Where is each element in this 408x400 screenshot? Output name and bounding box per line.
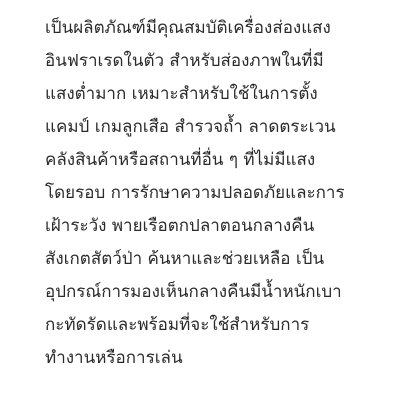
description-line-6: โดยรอบ การรักษาความปลอดภัยและการ xyxy=(45,177,385,210)
description-line-2: อินฟราเรดในตัว สำหรับส่องภาพในที่มี xyxy=(45,45,385,78)
description-line-1: เป็นผลิตภัณฑ์มีคุณสมบัติเครื่องส่องแสง xyxy=(45,12,385,45)
description-line-5: คลังสินค้าหรือสถานที่อื่น ๆ ที่ไม่มีแสง xyxy=(45,144,385,177)
description-line-3: แสงต่ำมาก เหมาะสำหรับใช้ในการตั้ง xyxy=(45,78,385,111)
description-line-10: กะทัดรัดและพร้อมที่จะใช้สำหรับการ xyxy=(45,309,385,342)
description-line-9: อุปกรณ์การมองเห็นกลางคืนมีน้ำหนักเบา xyxy=(45,276,385,309)
description-line-11: ทำงานหรือการเล่น xyxy=(45,342,385,375)
description-line-4: แคมป์ เกมลูกเสือ สำรวจถ้ำ ลาดตระเวน xyxy=(45,111,385,144)
description-line-8: สังเกตสัตว์ป่า ค้นหาและช่วยเหลือ เป็น xyxy=(45,243,385,276)
description-line-7: เฝ้าระวัง พายเรือตกปลาตอนกลางคืน xyxy=(45,210,385,243)
product-description: เป็นผลิตภัณฑ์มีคุณสมบัติเครื่องส่องแสง อ… xyxy=(45,12,385,375)
